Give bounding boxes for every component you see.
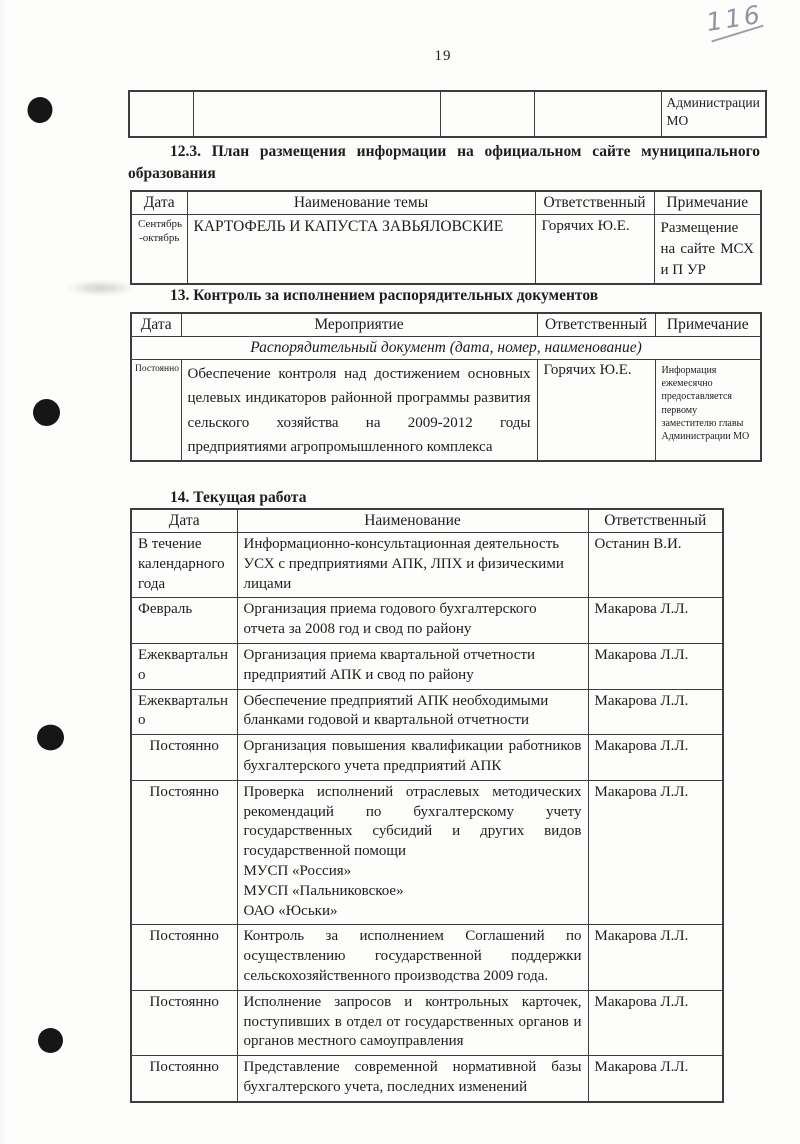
- date-cell: Постоянно: [131, 1056, 237, 1102]
- subheader-cell: Распорядительный документ (дата, номер, …: [131, 337, 761, 360]
- hole-punch-dot: [26, 95, 54, 124]
- date-cell: Ежеквартально: [131, 689, 237, 735]
- column-header-date: Дата: [131, 509, 237, 533]
- name-cell: Организация приема квартальной отчетност…: [237, 643, 588, 689]
- name-cell: Организация приема годового бухгалтерско…: [237, 598, 588, 644]
- date-cell: Сентябрь -октябрь: [131, 215, 187, 285]
- note-cell: Размещение на сайте МСХ и П УР: [654, 215, 761, 285]
- table-row: Администрации МО: [129, 91, 766, 137]
- date-cell: Ежеквартально: [131, 643, 237, 689]
- name-cell: Проверка исполнений отраслевых методичес…: [237, 780, 588, 925]
- empty-cell: [129, 91, 193, 137]
- hole-punch-dot: [37, 725, 64, 751]
- column-header-date: Дата: [131, 191, 187, 215]
- current-work-table: Дата Наименование Ответственный В течени…: [130, 508, 724, 1103]
- column-header-topic: Наименование темы: [187, 191, 535, 215]
- section-12-3-heading: 12.3. План размещения информации на офиц…: [128, 141, 760, 186]
- activity-cell: Обеспечение контроля над достижением осн…: [181, 360, 537, 462]
- handwritten-page-number: 116: [704, 0, 788, 37]
- name-cell: Исполнение запросов и контрольных карточ…: [237, 990, 588, 1055]
- responsible-cell: Макарова Л.Л.: [588, 598, 723, 644]
- responsible-cell: Макарова Л.Л.: [588, 925, 723, 990]
- note-cell: Информация ежемесячно предоставляется пе…: [655, 360, 761, 462]
- column-header-note: Примечание: [655, 313, 761, 337]
- date-cell: Постоянно: [131, 990, 237, 1055]
- topic-cell: КАРТОФЕЛЬ И КАПУСТА ЗАВЬЯЛОВСКИЕ: [187, 215, 535, 285]
- section-13-heading: 13. Контроль за исполнением распорядител…: [128, 285, 760, 307]
- table-row: В течение календарного годаИнформационно…: [131, 533, 723, 598]
- date-cell: Постоянно: [131, 735, 237, 781]
- table-header-row: Дата Наименование Ответственный: [131, 509, 723, 533]
- responsible-cell: Макарова Л.Л.: [588, 643, 723, 689]
- column-header-activity: Мероприятие: [181, 313, 537, 337]
- table-row: Постоянно Обеспечение контроля над дости…: [131, 360, 761, 462]
- page-number: 19: [128, 48, 758, 65]
- name-cell: Обеспечение предприятий АПК необходимыми…: [237, 689, 588, 735]
- table-row: ФевральОрганизация приема годового бухга…: [131, 598, 723, 644]
- hole-punch-dot: [33, 399, 60, 426]
- responsible-cell: Макарова Л.Л.: [588, 780, 723, 925]
- date-cell: Февраль: [131, 598, 237, 644]
- note-cell: Администрации МО: [661, 91, 766, 137]
- table-row: ПостоянноКонтроль за исполнением Соглаше…: [131, 925, 723, 990]
- column-header-responsible: Ответственный: [537, 313, 655, 337]
- hole-punch-dot: [38, 1028, 63, 1053]
- responsible-cell: Макарова Л.Л.: [588, 735, 723, 781]
- table-row: Сентябрь -октябрь КАРТОФЕЛЬ И КАПУСТА ЗА…: [131, 215, 761, 285]
- table-row: ПостоянноОрганизация повышения квалифика…: [131, 735, 723, 781]
- responsible-cell: Макарова Л.Л.: [588, 1056, 723, 1102]
- section-14-heading: 14. Текущая работа: [128, 487, 760, 509]
- responsible-cell: Останин В.И.: [588, 533, 723, 598]
- name-cell: Информационно-консультационная деятельно…: [237, 533, 588, 598]
- responsible-cell: Горячих Ю.Е.: [537, 360, 655, 462]
- column-header-note: Примечание: [654, 191, 761, 215]
- table-row: ПостоянноИсполнение запросов и контрольн…: [131, 990, 723, 1055]
- table-subheader-row: Распорядительный документ (дата, номер, …: [131, 337, 761, 360]
- table-row: ПостоянноПредставление современной норма…: [131, 1056, 723, 1102]
- date-cell: Постоянно: [131, 780, 237, 925]
- column-header-responsible: Ответственный: [535, 191, 654, 215]
- date-cell: В течение календарного года: [131, 533, 237, 598]
- empty-cell: [534, 91, 661, 137]
- scanned-document-page: 116 19 Администрации МО 12.3. План разме…: [0, 0, 800, 1144]
- table-row: ПостоянноПроверка исполнений отраслевых …: [131, 780, 723, 925]
- carryover-table: Администрации МО: [128, 90, 767, 138]
- document-control-table: Дата Мероприятие Ответственный Примечани…: [130, 312, 762, 462]
- responsible-cell: Макарова Л.Л.: [588, 990, 723, 1055]
- table-row: ЕжеквартальноОбеспечение предприятий АПК…: [131, 689, 723, 735]
- site-publication-plan-table: Дата Наименование темы Ответственный При…: [130, 190, 762, 285]
- table-header-row: Дата Мероприятие Ответственный Примечани…: [131, 313, 761, 337]
- table-row: ЕжеквартальноОрганизация приема кварталь…: [131, 643, 723, 689]
- date-cell: Постоянно: [131, 925, 237, 990]
- empty-cell: [440, 91, 534, 137]
- name-cell: Контроль за исполнением Соглашений по ос…: [237, 925, 588, 990]
- table-header-row: Дата Наименование темы Ответственный При…: [131, 191, 761, 215]
- date-cell: Постоянно: [131, 360, 181, 462]
- name-cell: Организация повышения квалификации работ…: [237, 735, 588, 781]
- name-cell: Представление современной нормативной ба…: [237, 1056, 588, 1102]
- scan-smudge: [66, 280, 136, 296]
- column-header-date: Дата: [131, 313, 181, 337]
- column-header-responsible: Ответственный: [588, 509, 723, 533]
- column-header-name: Наименование: [237, 509, 588, 533]
- responsible-cell: Горячих Ю.Е.: [535, 215, 654, 285]
- empty-cell: [193, 91, 440, 137]
- responsible-cell: Макарова Л.Л.: [588, 689, 723, 735]
